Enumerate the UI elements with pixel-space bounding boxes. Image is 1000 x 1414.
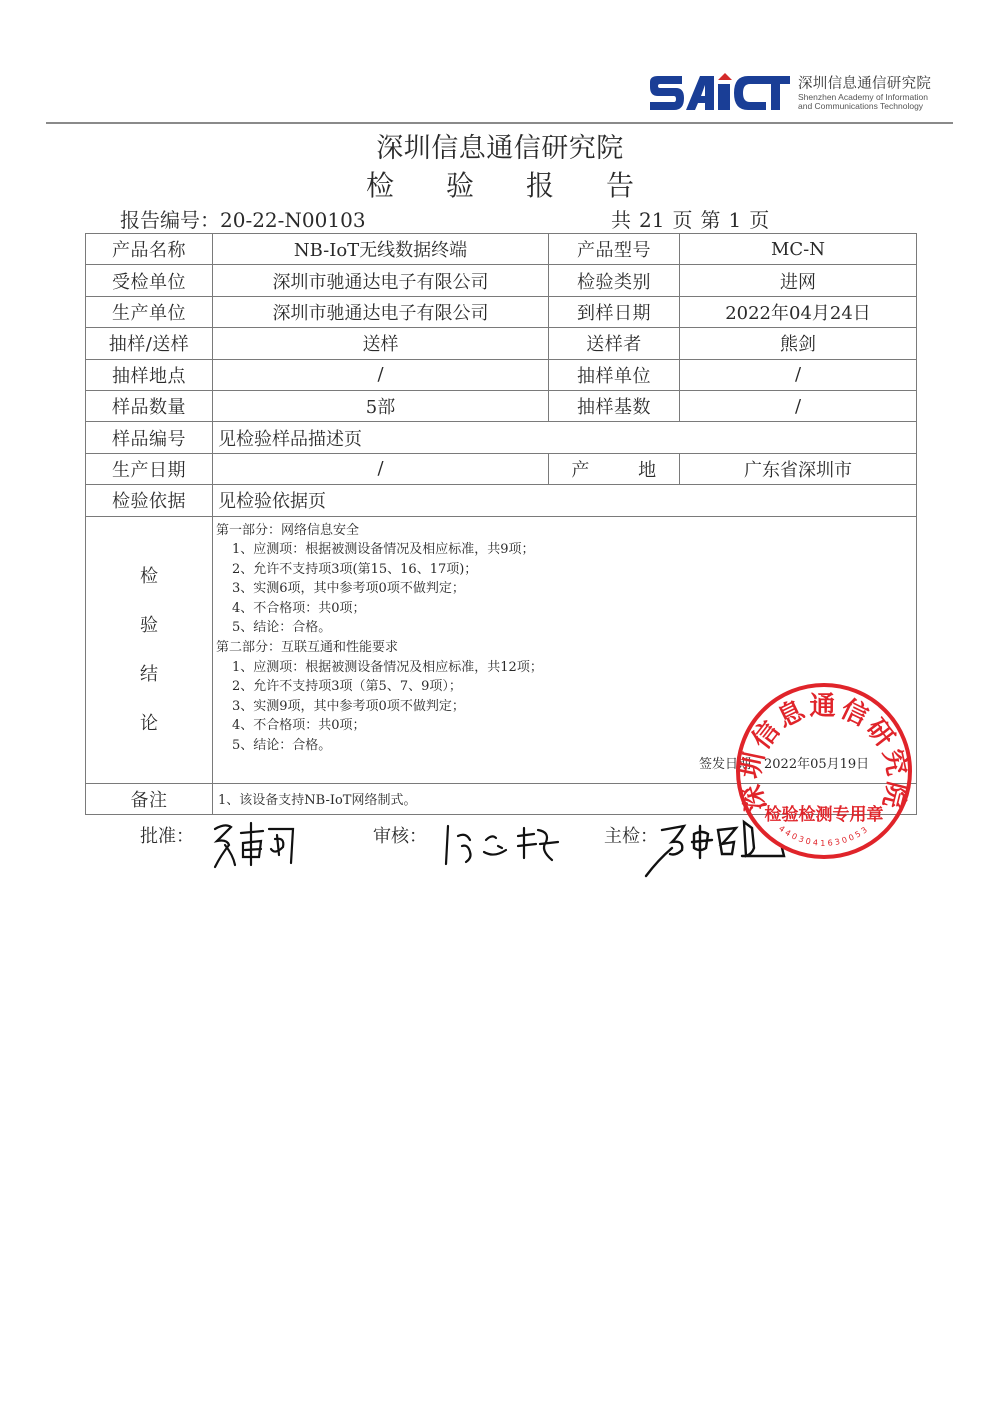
page-current: 1 xyxy=(728,208,741,232)
field-label: 备注 xyxy=(86,783,213,814)
header-divider xyxy=(46,122,953,124)
field-label: 抽样单位 xyxy=(549,359,680,390)
report-number-label: 报告编号： xyxy=(120,208,220,232)
page-info: 共21页第1页 xyxy=(611,204,777,233)
arrival-date: 2022年04月24日 xyxy=(680,296,917,327)
field-label: 样品编号 xyxy=(86,422,213,453)
conclusion-item: 3、实测6项，其中参考项0项不做判定； xyxy=(216,579,912,599)
page-total: 21 xyxy=(639,208,664,232)
report-title-char: 检 xyxy=(366,164,394,204)
field-label: 抽样/送样 xyxy=(86,328,213,359)
institute-title: 深圳信息通信研究院 xyxy=(0,126,1000,165)
field-label: 受检单位 xyxy=(86,265,213,296)
table-row: 生产单位 深圳市驰通达电子有限公司 到样日期 2022年04月24日 xyxy=(86,296,917,327)
report-title-char: 验 xyxy=(446,164,474,204)
sampling-method: 送样 xyxy=(213,328,549,359)
table-row: 检验依据 见检验依据页 xyxy=(86,485,917,516)
field-label: 产 地 xyxy=(549,453,680,484)
conclusion-part1-title: 第一部分：网络信息安全 xyxy=(216,521,912,541)
org-logo: 深圳信息通信研究院 Shenzhen Academy of Informatio… xyxy=(648,72,931,118)
field-label: 生产单位 xyxy=(86,296,213,327)
svg-text:4403041630053: 4403041630053 xyxy=(777,824,871,848)
conclusion-label: 检 验 结 论 xyxy=(86,516,213,783)
inspected-unit: 深圳市驰通达电子有限公司 xyxy=(213,265,549,296)
report-title: 检验报告 xyxy=(0,164,1000,204)
table-row: 抽样地点 / 抽样单位 / xyxy=(86,359,917,390)
page-total-prefix: 共 xyxy=(611,208,631,232)
production-date: / xyxy=(213,453,549,484)
approver-signature xyxy=(205,815,305,879)
org-name-cn: 深圳信息通信研究院 xyxy=(798,76,931,93)
product-name: NB-IoT无线数据终端 xyxy=(213,234,549,265)
sender: 熊剑 xyxy=(680,328,917,359)
conclusion-label-char: 论 xyxy=(90,699,208,748)
conclusion-item: 1、应测项：根据被测设备情况及相应标准，共9项； xyxy=(216,540,912,560)
field-label: 到样日期 xyxy=(549,296,680,327)
saict-logo-mark xyxy=(648,72,790,112)
field-label: 检验依据 xyxy=(86,485,213,516)
official-seal: 深圳信息通信研究院 检验检测专用章 4403041630053 xyxy=(733,680,915,862)
field-label: 产品型号 xyxy=(549,234,680,265)
field-label: 产品名称 xyxy=(86,234,213,265)
inspection-type: 进网 xyxy=(680,265,917,296)
field-label: 生产日期 xyxy=(86,453,213,484)
table-row: 抽样/送样 送样 送样者 熊剑 xyxy=(86,328,917,359)
manufacturer: 深圳市驰通达电子有限公司 xyxy=(213,296,549,327)
reviewer-signature xyxy=(440,818,570,874)
org-name-en-line2: and Communications Technology xyxy=(798,102,931,111)
table-row: 样品编号 见检验样品描述页 xyxy=(86,422,917,453)
sampling-unit: / xyxy=(680,359,917,390)
page-current-prefix: 第 xyxy=(700,208,720,232)
field-label: 抽样基数 xyxy=(549,390,680,421)
review-label: 审核： xyxy=(373,822,427,848)
sample-quantity: 5部 xyxy=(213,390,549,421)
table-row: 生产日期 / 产 地 广东省深圳市 xyxy=(86,453,917,484)
page-unit: 页 xyxy=(672,208,692,232)
approve-label: 批准： xyxy=(140,822,194,848)
conclusion-item: 4、不合格项：共0项； xyxy=(216,599,912,619)
conclusion-label-char: 验 xyxy=(90,601,208,650)
seal-inner-text: 检验检测专用章 xyxy=(765,804,884,825)
field-label: 送样者 xyxy=(549,328,680,359)
page-unit: 页 xyxy=(749,208,769,232)
field-label: 检验类别 xyxy=(549,265,680,296)
product-model: MC-N xyxy=(680,234,917,265)
conclusion-part2-title: 第二部分：互联互通和性能要求 xyxy=(216,638,912,658)
conclusion-item: 5、结论：合格。 xyxy=(216,618,912,638)
inspection-basis: 见检验依据页 xyxy=(213,485,917,516)
place-of-origin: 广东省深圳市 xyxy=(680,453,917,484)
report-number-value: 20-22-N00103 xyxy=(220,208,366,232)
table-row: 样品数量 5部 抽样基数 / xyxy=(86,390,917,421)
field-label: 样品数量 xyxy=(86,390,213,421)
seal-serial: 4403041630053 xyxy=(777,824,871,848)
table-row: 受检单位 深圳市驰通达电子有限公司 检验类别 进网 xyxy=(86,265,917,296)
report-title-char: 报 xyxy=(526,164,554,204)
conclusion-item: 1、应测项：根据被测设备情况及相应标准，共12项； xyxy=(216,658,912,678)
report-number: 报告编号：20-22-N00103 xyxy=(120,204,366,233)
table-row: 产品名称 NB-IoT无线数据终端 产品型号 MC-N xyxy=(86,234,917,265)
conclusion-label-char: 检 xyxy=(90,552,208,601)
field-label: 抽样地点 xyxy=(86,359,213,390)
report-title-char: 告 xyxy=(606,164,634,204)
conclusion-label-char: 结 xyxy=(90,650,208,699)
conclusion-item: 2、允许不支持项3项(第15、16、17项)； xyxy=(216,560,912,580)
sample-id: 见检验样品描述页 xyxy=(213,422,917,453)
sampling-location: / xyxy=(213,359,549,390)
sampling-base: / xyxy=(680,390,917,421)
